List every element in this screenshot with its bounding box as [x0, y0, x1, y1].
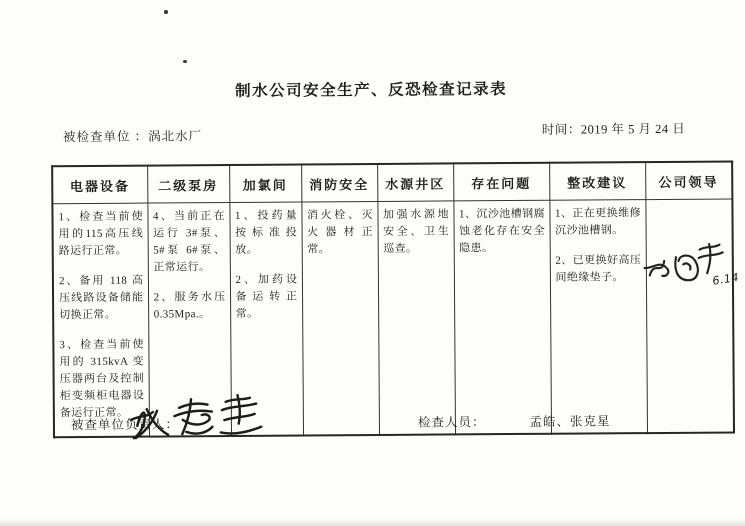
- col-header-chlorination-room: 加氯间: [229, 164, 301, 202]
- cell-water-source-wells: 加强水源地安全、卫生巡查。: [377, 201, 455, 435]
- col-header-company-leader: 公司领导: [645, 161, 732, 199]
- scanned-document-page: 制水公司安全生产、反恐检查记录表 被检查单位 ：涡北水厂 时间：2019 年 5…: [0, 0, 745, 526]
- responsible-person-signature: [126, 389, 270, 447]
- inspectors-label: 检查人员：: [418, 415, 486, 429]
- cell-rectification-suggestions: 1、正在更换维修沉沙池槽钢。 2、已更换好高压间绝缘垫子。: [549, 200, 647, 434]
- cell-paragraph: 2、加药设备运转正常。: [235, 272, 297, 324]
- cell-paragraph: 加强水源地安全、卫生巡查。: [383, 206, 449, 258]
- col-header-water-source-wells: 水源井区: [377, 163, 453, 201]
- page-title: 制水公司安全生产、反恐检查记录表: [0, 75, 744, 102]
- time-value: 2019 年 5 月 24 日: [581, 122, 685, 137]
- cell-paragraph: 4、当前正在运行 3#泵、5#泵 6#泵、正常运行。: [153, 208, 225, 277]
- inspected-unit-label: 被检查单位 ：: [63, 130, 148, 145]
- time-label: 时间：: [542, 123, 581, 137]
- cell-paragraph: 1、检查当前使用的115高压线路运行正常。: [58, 209, 143, 261]
- leader-signature: 6.14: [633, 234, 742, 302]
- cell-fire-safety: 消火栓、灭火器材正常。: [301, 201, 379, 435]
- inspected-unit-value: 涡北水厂: [148, 129, 202, 143]
- col-header-secondary-pump-room: 二级泵房: [147, 165, 229, 203]
- scan-edge-shadow: [0, 519, 745, 526]
- col-header-fire-safety: 消防安全: [301, 164, 377, 202]
- inspected-unit: 被检查单位 ：涡北水厂: [63, 126, 202, 145]
- cell-paragraph: 2、备用 118 高压线路设备储能切换正常。: [59, 273, 144, 325]
- cell-paragraph: 1、沉沙池槽钢腐蚀老化存在安全隐患。: [459, 206, 545, 258]
- inspectors-names: 孟皓、张克星: [529, 414, 610, 429]
- table-header-row: 电器设备 二级泵房 加氯间 消防安全 水源井区 存在问题 整改建议 公司领导: [52, 161, 732, 203]
- cell-existing-problems: 1、沉沙池槽钢腐蚀老化存在安全隐患。: [453, 200, 551, 434]
- cell-paragraph: 2、服务水压 0.35Mpa.。: [153, 289, 225, 324]
- col-header-electrical-equipment: 电器设备: [52, 166, 147, 204]
- cell-paragraph: 1、正在更换维修沉沙池槽钢。: [555, 205, 641, 240]
- cell-paragraph: 消火栓、灭火器材正常。: [307, 207, 373, 259]
- cell-company-leader: 6.14: [645, 199, 734, 433]
- inspectors-line: 检查人员：孟皓、张克星: [418, 411, 611, 430]
- leader-signature-date: 6.14: [711, 271, 739, 288]
- document-content: 制水公司安全生产、反恐检查记录表 被检查单位 ：涡北水厂 时间：2019 年 5…: [0, 0, 745, 526]
- cell-paragraph: 1、投药量按标准投放。: [235, 208, 297, 260]
- col-header-existing-problems: 存在问题: [453, 163, 549, 201]
- inspection-time: 时间：2019 年 5 月 24 日: [542, 119, 686, 138]
- col-header-rectification-suggestions: 整改建议: [549, 162, 645, 200]
- cell-paragraph: 2、已更换好高压间绝缘垫子。: [555, 252, 641, 287]
